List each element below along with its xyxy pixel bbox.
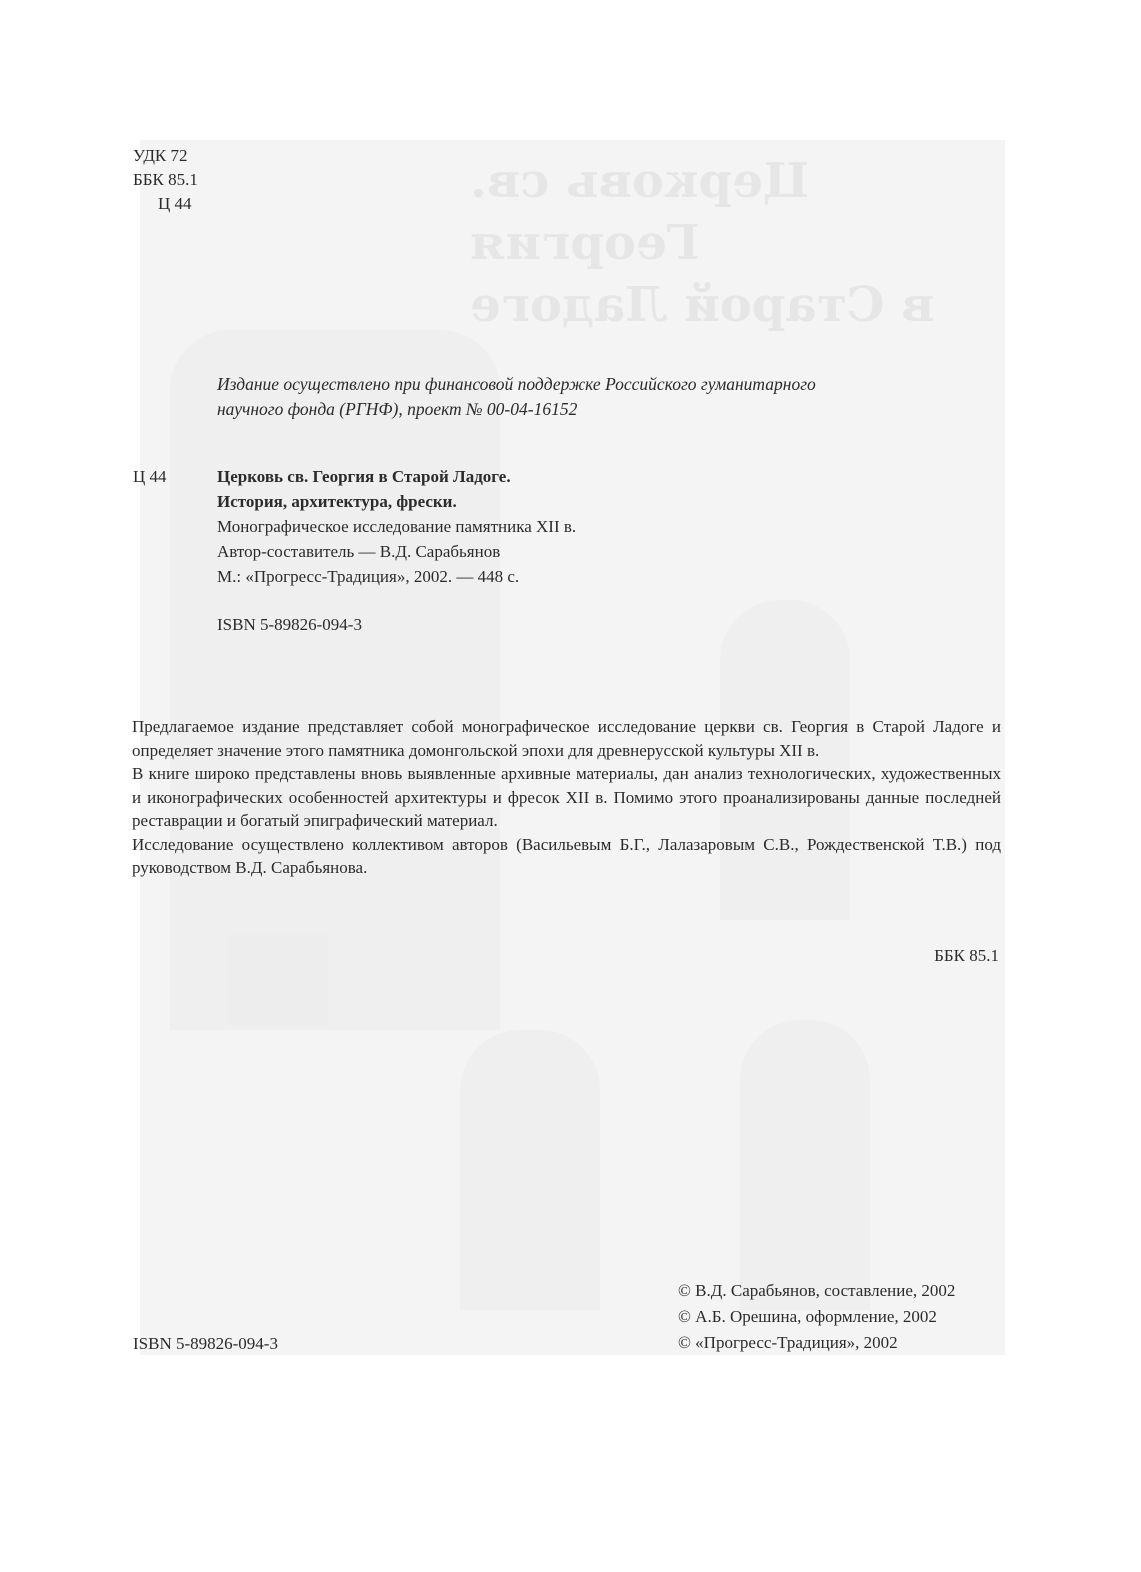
watermark-line: в Старой Ладоге xyxy=(470,274,990,336)
background-window-shape xyxy=(228,935,328,1025)
watermark-line: Церковь св. Георгия xyxy=(470,150,990,274)
annotation-bbk: ББК 85.1 xyxy=(934,945,999,967)
annotation-paragraph: В книге широко представлены вновь выявле… xyxy=(132,762,1001,833)
book-title: Церковь св. Георгия в Старой Ладоге. xyxy=(217,466,511,488)
copyright-line: © «Прогресс-Традиция», 2002 xyxy=(678,1332,898,1354)
footer-isbn: ISBN 5-89826-094-3 xyxy=(133,1333,278,1355)
book-subtitle: История, архитектура, фрески. xyxy=(217,491,457,513)
catalog-author-mark: Ц 44 xyxy=(133,466,167,488)
book-author: Автор-составитель — В.Д. Сарабьянов xyxy=(217,541,500,563)
udk-code: УДК 72 xyxy=(133,145,188,167)
background-window-shape xyxy=(740,1020,870,1310)
funding-note-line: научного фонда (РГНФ), проект № 00-04-16… xyxy=(217,397,577,421)
book-description: Монографическое исследование памятника X… xyxy=(217,516,576,538)
book-imprint: М.: «Прогресс-Традиция», 2002. — 448 с. xyxy=(217,566,519,588)
annotation-paragraph: Предлагаемое издание представляет собой … xyxy=(132,715,1001,762)
author-mark: Ц 44 xyxy=(158,193,192,215)
funding-note-line: Издание осуществлено при финансовой подд… xyxy=(217,372,816,396)
copyright-line: © А.Б. Орешина, оформление, 2002 xyxy=(678,1306,937,1328)
annotation-text: Предлагаемое издание представляет собой … xyxy=(132,717,1001,760)
watermark-title: Церковь св. Георгия в Старой Ладоге xyxy=(470,150,990,336)
book-isbn: ISBN 5-89826-094-3 xyxy=(217,614,362,636)
background-arch-shape xyxy=(170,330,500,1030)
annotation-text: Исследование осуществлено коллективом ав… xyxy=(132,835,1001,878)
bbk-code: ББК 85.1 xyxy=(133,169,198,191)
annotation-paragraph: Исследование осуществлено коллективом ав… xyxy=(132,833,1001,880)
annotation-text: В книге широко представлены вновь выявле… xyxy=(132,764,1001,830)
annotation: Предлагаемое издание представляет собой … xyxy=(133,715,1001,880)
background-window-shape xyxy=(460,1030,600,1310)
copyright-line: © В.Д. Сарабьянов, составление, 2002 xyxy=(678,1280,955,1302)
